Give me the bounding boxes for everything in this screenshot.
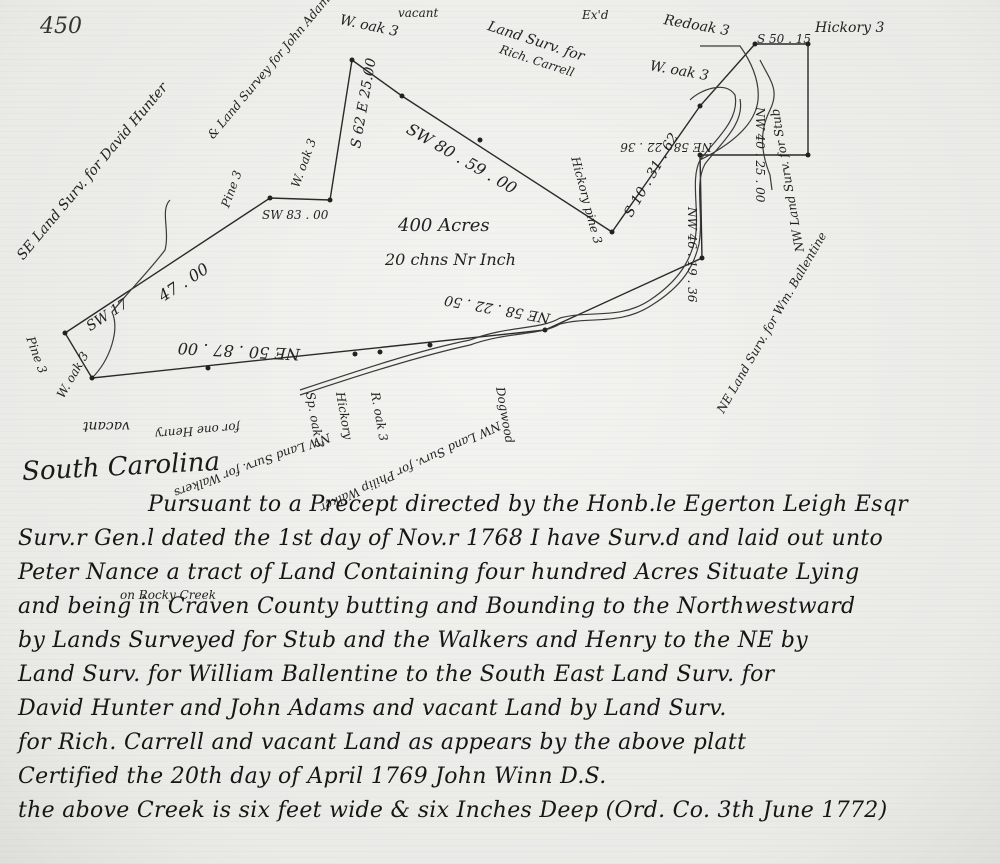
- plat-scale: 20 chns Nr Inch: [385, 250, 516, 269]
- label-course-nw40: NW 40 . 25 . 00: [753, 107, 767, 202]
- label-vacant-top: vacant: [398, 6, 438, 20]
- text-line: Peter Nance a tract of Land Containing f…: [18, 556, 978, 590]
- label-course-ne58a: NE 58 . 22 . 36: [620, 140, 712, 154]
- interlinear-note: on Rocky Creek: [120, 588, 216, 602]
- text-line: Land Surv. for William Ballentine to the…: [18, 658, 978, 692]
- text-line: Pursuant to a Precept directed by the Ho…: [18, 488, 978, 522]
- text-line: the above Creek is six feet wide & six I…: [18, 794, 978, 828]
- label-hickory-ne: Hickory 3: [815, 20, 884, 36]
- text-line: Surv.r Gen.l dated the 1st day of Nov.r …: [18, 522, 978, 556]
- text-line: for Rich. Carrell and vacant Land as app…: [18, 726, 978, 760]
- text-line: by Lands Surveyed for Stub and the Walke…: [18, 624, 978, 658]
- label-vacant-sw: vacant: [83, 418, 130, 434]
- label-exd: Ex'd: [582, 8, 609, 22]
- label-course-nw46: NW 46 . 19 . 36: [685, 207, 699, 302]
- text-line: Certified the 20th day of April 1769 Joh…: [18, 760, 978, 794]
- survey-certificate-text: Pursuant to a Precept directed by the Ho…: [18, 488, 978, 828]
- plat-acreage: 400 Acres: [398, 215, 490, 236]
- label-course-s50: S 50 . 15: [757, 32, 811, 46]
- document-page: 450 400 Acr: [0, 0, 1000, 864]
- label-course-sw83: SW 83 . 00: [262, 208, 328, 222]
- text-line: David Hunter and John Adams and vacant L…: [18, 692, 978, 726]
